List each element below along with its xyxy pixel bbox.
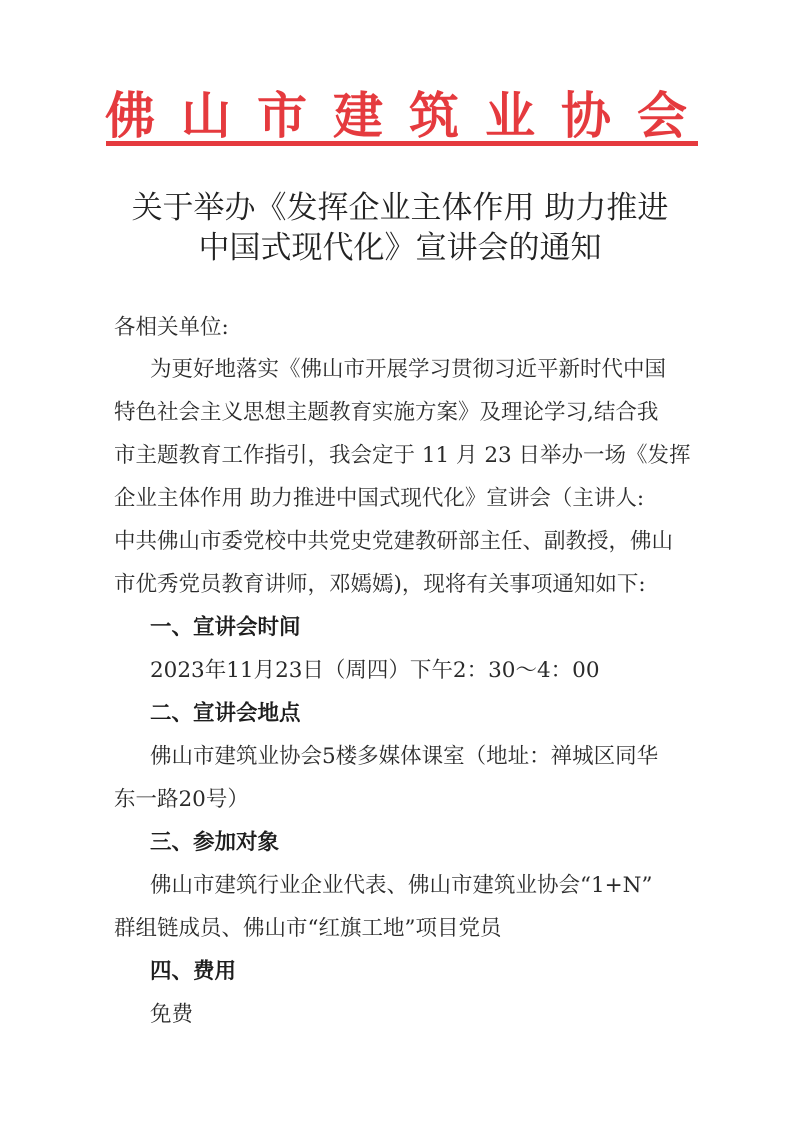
section-heading: 三、参加对象 <box>150 828 279 858</box>
paragraph-line: 特色社会主义思想主题教育实施方案》及理论学习,结合我 <box>114 398 658 428</box>
section-heading: 四、费用 <box>150 957 236 987</box>
title-line-2: 中国式现代化》宣讲会的通知 <box>0 228 800 268</box>
section-heading: 一、宣讲会时间 <box>150 613 301 643</box>
org-name: 佛山市建筑业协会 <box>0 88 800 144</box>
title-line-1: 关于举办《发挥企业主体作用 助力推进 <box>0 188 800 228</box>
paragraph-line: 企业主体作用 助力推进中国式现代化》宣讲会（主讲人: <box>114 484 644 514</box>
paragraph-line: 中共佛山市委党校中共党史党建教研部主任、副教授，佛山 <box>114 527 673 557</box>
section-line: 群组链成员、佛山市“红旗工地”项目党员 <box>114 914 502 944</box>
section-line: 免费 <box>150 1000 193 1030</box>
section-line: 佛山市建筑业协会5楼多媒体课室（地址：禅城区同华 <box>150 742 658 772</box>
letterhead-divider <box>106 141 698 146</box>
salutation: 各相关单位: <box>114 313 229 343</box>
section-heading: 二、宣讲会地点 <box>150 699 301 729</box>
paragraph-line: 市优秀党员教育讲师，邓嫣嫣)，现将有关事项通知如下: <box>114 570 646 600</box>
paragraph-line: 市主题教育工作指引，我会定于 11 月 23 日举办一场《发挥 <box>114 441 691 471</box>
paragraph-line: 为更好地落实《佛山市开展学习贯彻习近平新时代中国 <box>150 355 666 385</box>
section-line: 2023年11月23日（周四）下午2：30～4：00 <box>150 656 600 686</box>
section-line: 东一路20号） <box>114 785 249 815</box>
section-line: 佛山市建筑行业企业代表、佛山市建筑业协会“1+N” <box>150 871 653 901</box>
